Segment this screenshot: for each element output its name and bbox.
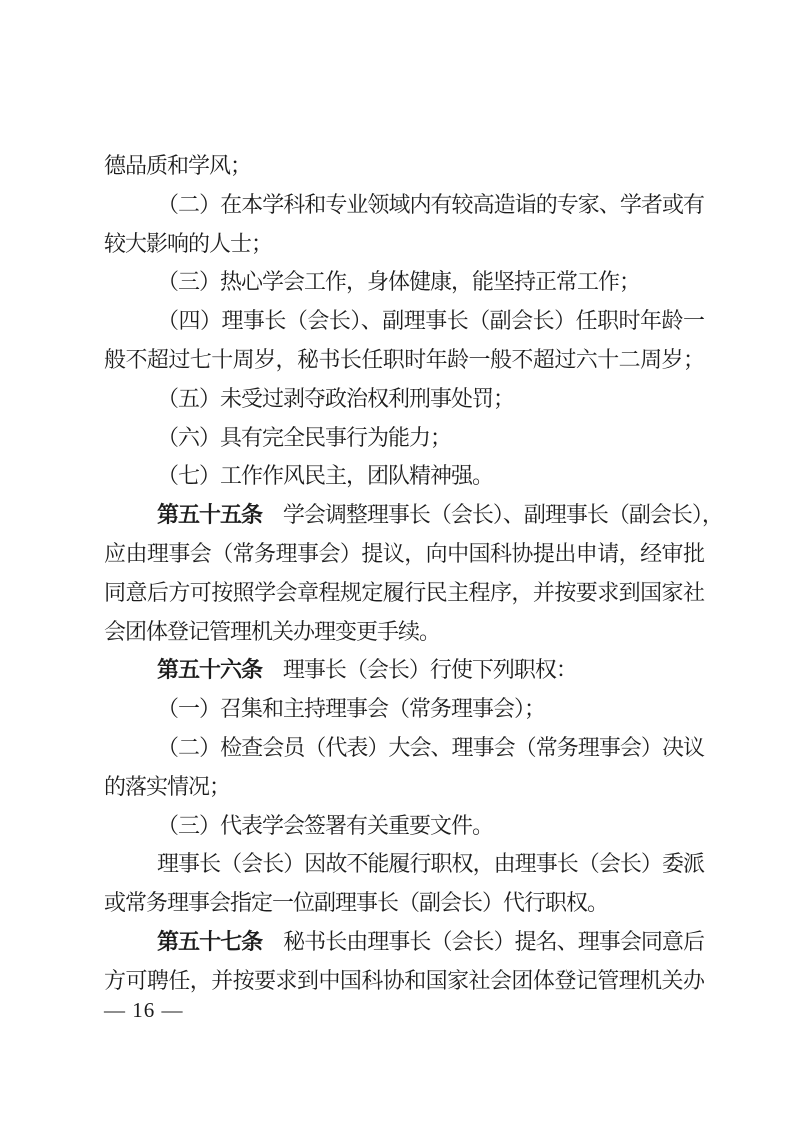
- text-line: 第五十六条理事长（会长）行使下列职权：: [104, 651, 704, 690]
- text-run: （一）召集和主持理事会（常务理事会）；: [157, 696, 545, 721]
- text-line: （一）召集和主持理事会（常务理事会）；: [104, 690, 704, 729]
- text-run: （六）具有完全民事行为能力；: [157, 425, 451, 450]
- article-number: 第五十七条: [157, 929, 262, 954]
- text-line: 或常务理事会指定一位副理事长（副会长）代行职权。: [104, 884, 704, 923]
- text-line: 第五十七条秘书长由理事长（会长）提名、理事会同意后: [104, 923, 704, 962]
- text-run: （三）代表学会签署有关重要文件。: [157, 813, 493, 838]
- text-line: （七）工作作风民主，团队精神强。: [104, 457, 704, 496]
- text-run: 般不超过七十周岁，秘书长任职时年龄一般不超过六十二周岁；: [104, 347, 704, 372]
- text-line: 的落实情况；: [104, 768, 704, 807]
- page-number: — 16 —: [104, 998, 184, 1022]
- text-run: 学会调整理事长（会长）、副理事长（副会长），: [283, 502, 723, 527]
- article-number: 第五十五条: [157, 502, 262, 527]
- text-line: （六）具有完全民事行为能力；: [104, 419, 704, 458]
- text-line: （二）在本学科和专业领域内有较高造诣的专家、学者或有: [104, 186, 704, 225]
- text-run: 的落实情况；: [104, 774, 230, 799]
- text-line: （二）检查会员（代表）大会、理事会（常务理事会）决议: [104, 729, 704, 768]
- text-run: 同意后方可按照学会章程规定履行民主程序，并按要求到国家社: [104, 580, 704, 605]
- text-run: 理事长（会长）行使下列职权：: [283, 657, 577, 682]
- text-run: （二）检查会员（代表）大会、理事会（常务理事会）决议: [157, 735, 704, 760]
- text-line: （三）热心学会工作，身体健康，能坚持正常工作；: [104, 263, 704, 302]
- text-line: 德品质和学风；: [104, 147, 704, 186]
- text-run: 会团体登记管理机关办理变更手续。: [104, 619, 440, 644]
- text-run: 理事长（会长）因故不能履行职权，由理事长（会长）委派: [157, 851, 704, 876]
- text-line: 较大影响的人士；: [104, 225, 704, 264]
- text-line: 方可聘任，并按要求到中国科协和国家社会团体登记管理机关办: [104, 962, 704, 1001]
- text-run: （四）理事长（会长）、副理事长（副会长）任职时年龄一: [157, 308, 704, 333]
- text-line: 般不超过七十周岁，秘书长任职时年龄一般不超过六十二周岁；: [104, 341, 704, 380]
- text-line: 会团体登记管理机关办理变更手续。: [104, 613, 704, 652]
- text-run: （五）未受过剥夺政治权利刑事处罚；: [157, 386, 514, 411]
- document-page: 德品质和学风；（二）在本学科和专业领域内有较高造诣的专家、学者或有较大影响的人士…: [0, 0, 793, 1122]
- text-line: （四）理事长（会长）、副理事长（副会长）任职时年龄一: [104, 302, 704, 341]
- text-run: 较大影响的人士；: [104, 231, 272, 256]
- text-block: 德品质和学风；（二）在本学科和专业领域内有较高造诣的专家、学者或有较大影响的人士…: [104, 147, 704, 1001]
- text-line: （五）未受过剥夺政治权利刑事处罚；: [104, 380, 704, 419]
- text-line: 理事长（会长）因故不能履行职权，由理事长（会长）委派: [104, 845, 704, 884]
- text-run: 方可聘任，并按要求到中国科协和国家社会团体登记管理机关办: [104, 968, 704, 993]
- text-line: 第五十五条学会调整理事长（会长）、副理事长（副会长），: [104, 496, 704, 535]
- text-run: 秘书长由理事长（会长）提名、理事会同意后: [283, 929, 704, 954]
- text-run: （三）热心学会工作，身体健康，能坚持正常工作；: [157, 269, 640, 294]
- text-run: （二）在本学科和专业领域内有较高造诣的专家、学者或有: [157, 192, 704, 217]
- text-run: 应由理事会（常务理事会）提议，向中国科协提出申请，经审批: [104, 541, 704, 566]
- text-run: 或常务理事会指定一位副理事长（副会长）代行职权。: [104, 890, 608, 915]
- text-line: 应由理事会（常务理事会）提议，向中国科协提出申请，经审批: [104, 535, 704, 574]
- text-run: 德品质和学风；: [104, 153, 251, 178]
- article-number: 第五十六条: [157, 657, 262, 682]
- text-line: 同意后方可按照学会章程规定履行民主程序，并按要求到国家社: [104, 574, 704, 613]
- text-run: （七）工作作风民主，团队精神强。: [157, 463, 493, 488]
- text-line: （三）代表学会签署有关重要文件。: [104, 807, 704, 846]
